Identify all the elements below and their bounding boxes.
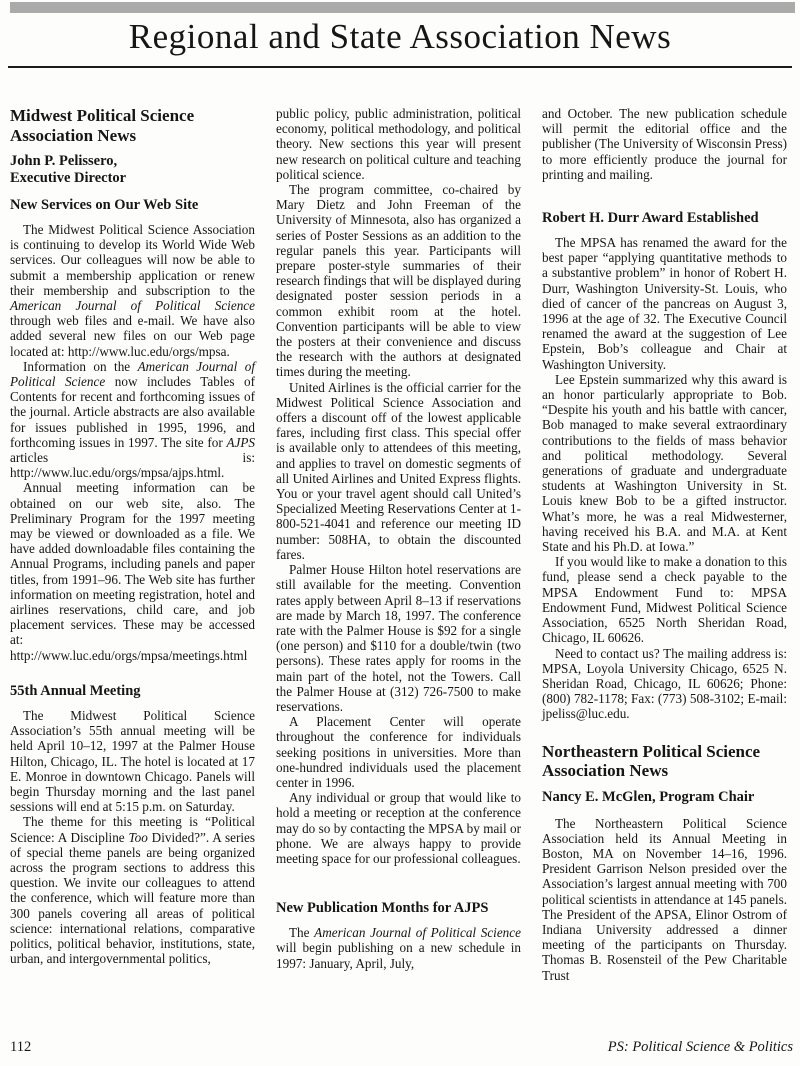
- para-durr-award-1: The MPSA has renamed the award for the b…: [542, 235, 787, 372]
- para-placement-center: A Placement Center will operate througho…: [276, 714, 521, 790]
- para-durr-award-2: Lee Epstein summarized why this award is…: [542, 372, 787, 554]
- para-annual-meeting-2: The theme for this meeting is “Political…: [10, 814, 255, 966]
- page-number: 112: [10, 1039, 31, 1056]
- para-annual-meeting-1: The Midwest Political Science Associatio…: [10, 708, 255, 814]
- subheading-annual-meeting: 55th Annual Meeting: [10, 683, 255, 700]
- column-2: public policy, public administration, po…: [276, 106, 521, 983]
- journal-name: PS: Political Science & Politics: [608, 1039, 793, 1056]
- byline-northeastern: Nancy E. McGlen, Program Chair: [542, 789, 787, 806]
- journal-page: Regional and State Association News Midw…: [0, 0, 800, 1066]
- para-continuation-schedule: and October. The new publication schedul…: [542, 106, 787, 182]
- byline-midwest: John P. Pelissero, Executive Director: [10, 153, 255, 187]
- para-meeting-space: Any individual or group that would like …: [276, 790, 521, 866]
- para-united-airlines: United Airlines is the official carrier …: [276, 380, 521, 562]
- para-program-committee: The program committee, co-chaired by Mar…: [276, 182, 521, 380]
- para-web-services-3: Annual meeting information can be obtain…: [10, 480, 255, 662]
- para-web-services-1: The Midwest Political Science Associatio…: [10, 222, 255, 359]
- para-publication-schedule: The American Journal of Political Scienc…: [276, 925, 521, 971]
- para-palmer-house: Palmer House Hilton hotel reservations a…: [276, 562, 521, 714]
- para-durr-donation: If you would like to make a donation to …: [542, 554, 787, 645]
- subheading-publication-months: New Publication Months for AJPS: [276, 900, 521, 917]
- title-divider: [8, 66, 792, 68]
- subheading-durr-award: Robert H. Durr Award Established: [542, 210, 787, 227]
- para-northeastern-meeting: The Northeastern Political Science Assoc…: [542, 816, 787, 983]
- para-contact-info: Need to contact us? The mailing address …: [542, 646, 787, 722]
- para-web-services-2: Information on the American Journal of P…: [10, 359, 255, 481]
- section-heading-midwest: Midwest Political Science Association Ne…: [10, 106, 255, 145]
- section-heading-northeastern: Northeastern Political Science Associati…: [542, 742, 787, 781]
- article-columns: Midwest Political Science Association Ne…: [0, 106, 800, 983]
- column-3: and October. The new publication schedul…: [542, 106, 787, 983]
- subheading-web-services: New Services on Our Web Site: [10, 197, 255, 214]
- column-1: Midwest Political Science Association Ne…: [10, 106, 255, 983]
- page-footer: 112 PS: Political Science & Politics: [10, 1039, 793, 1056]
- para-continuation-politics: public policy, public administration, po…: [276, 106, 521, 182]
- top-border-bar: [10, 2, 795, 13]
